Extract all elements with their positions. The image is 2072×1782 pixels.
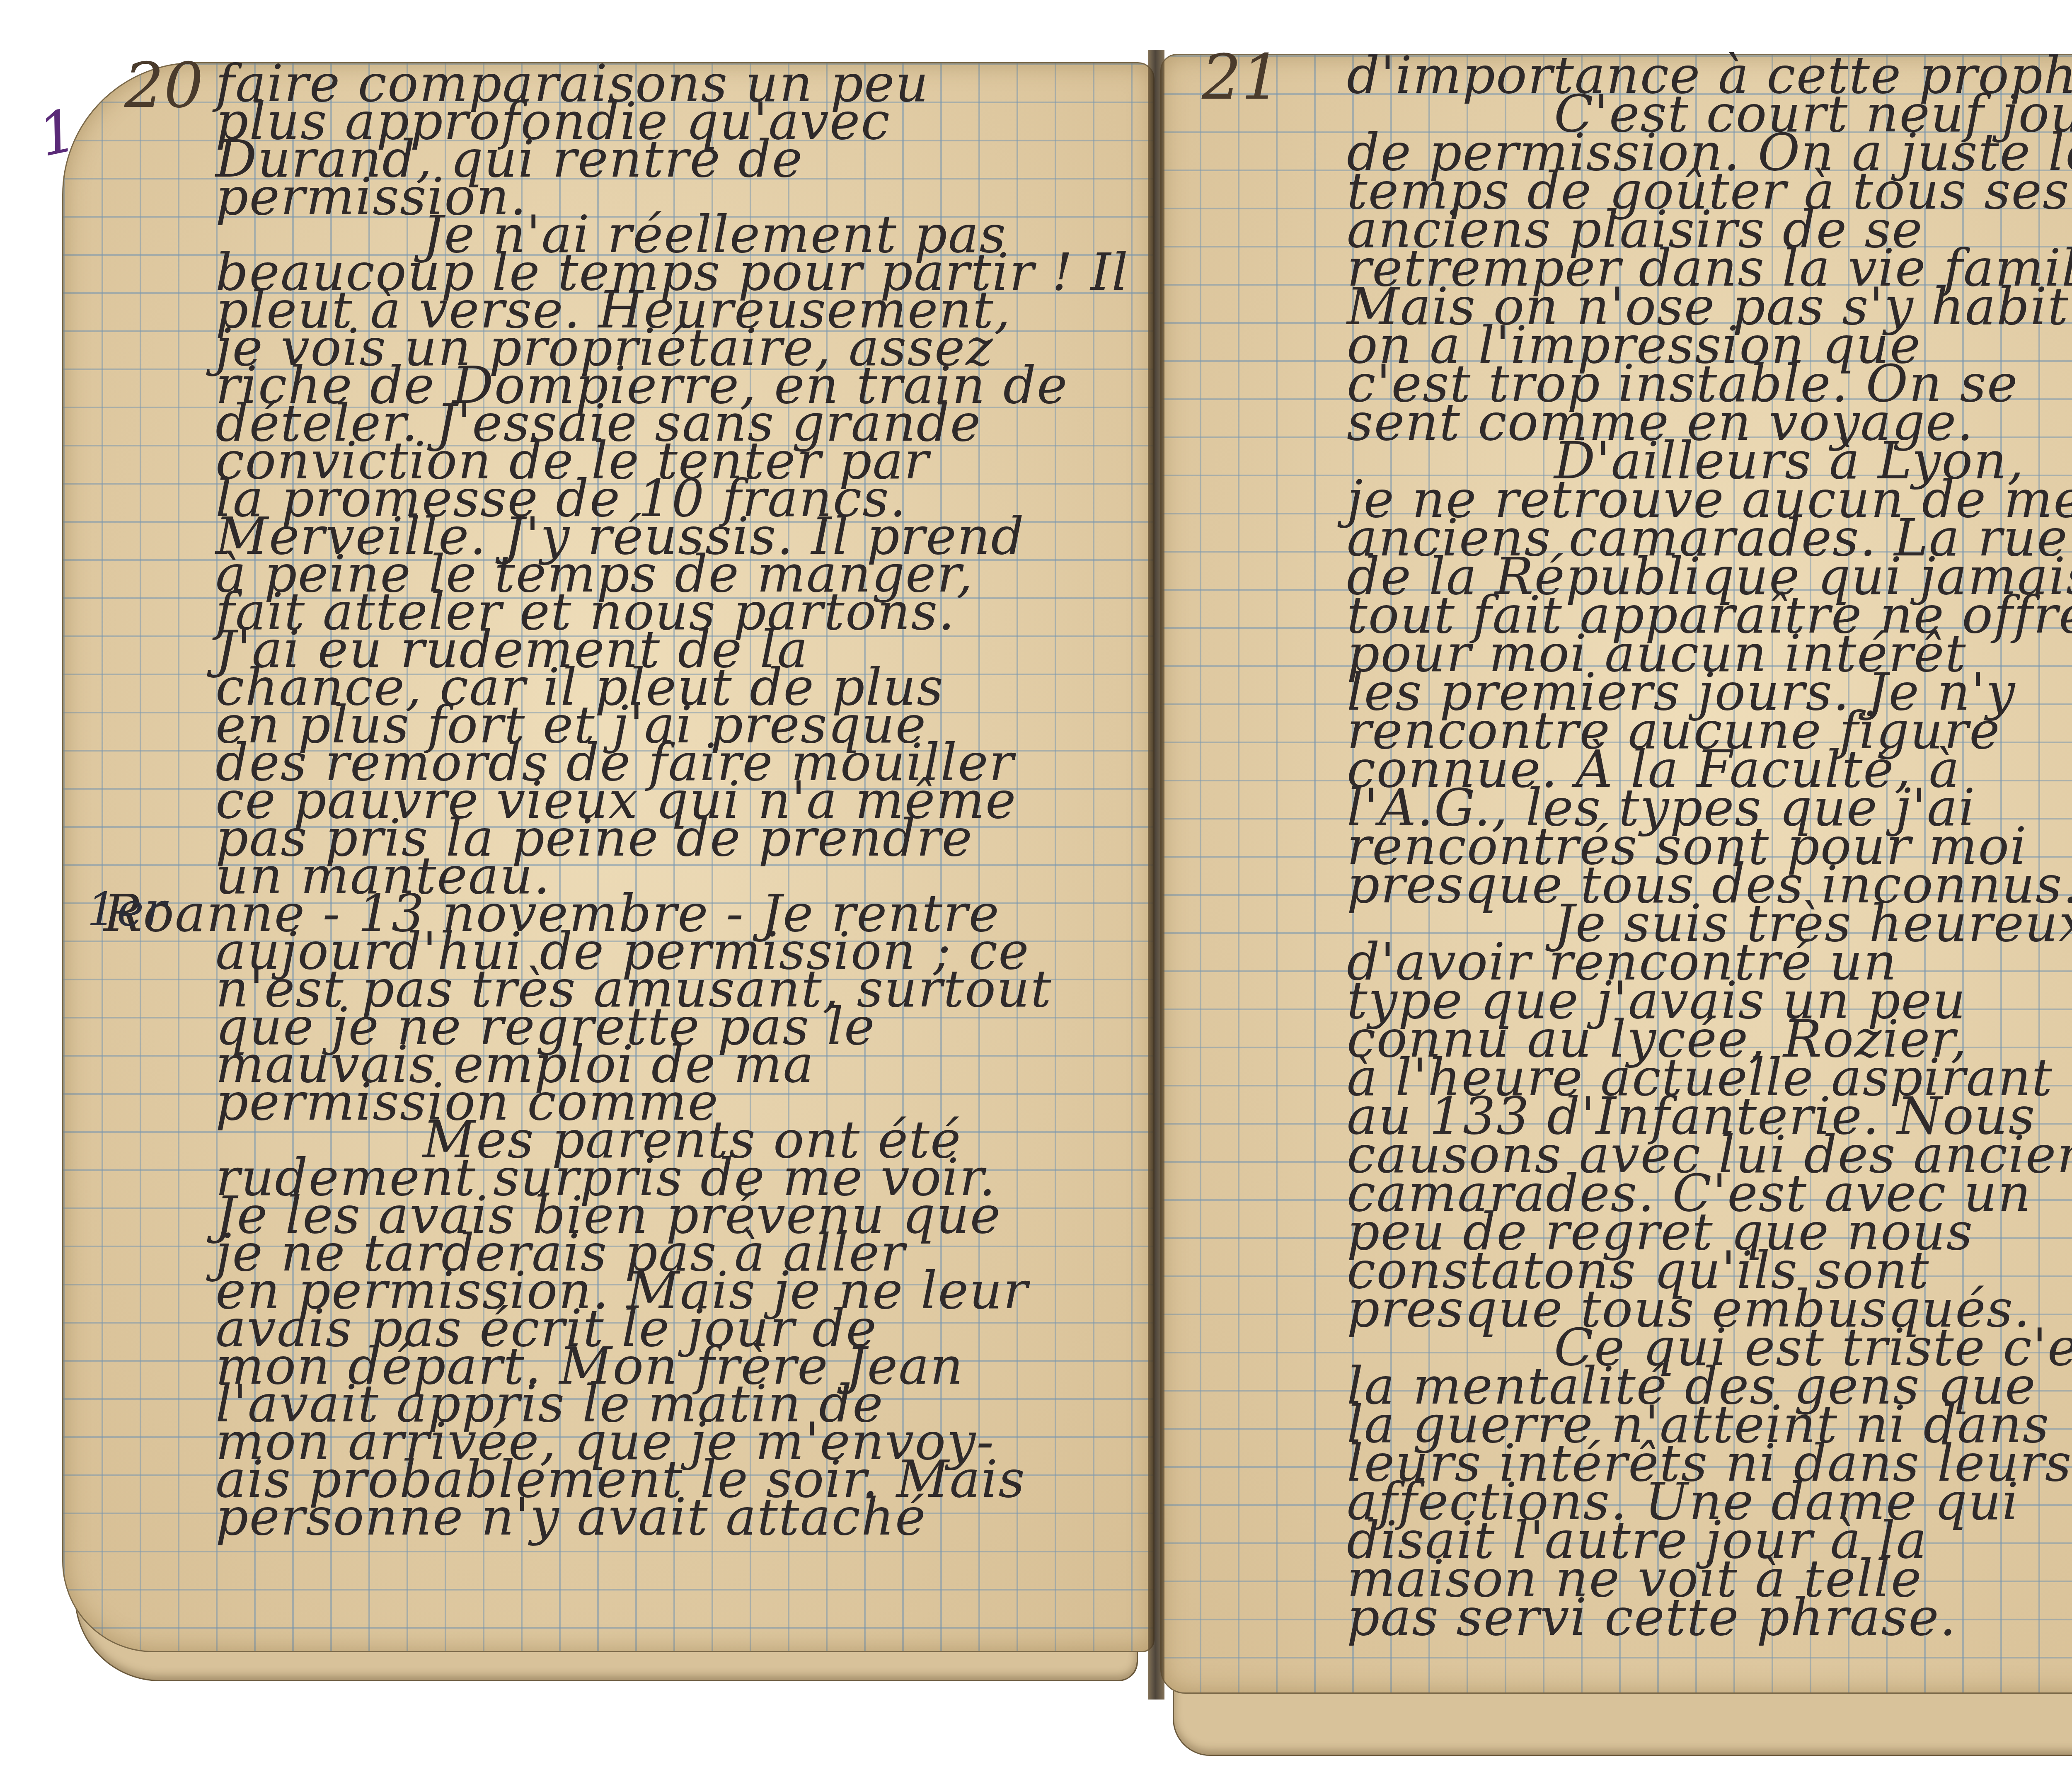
notebook-spine xyxy=(1148,50,1164,1700)
handwritten-line: personne n'y avait attaché xyxy=(215,1487,926,1547)
page-number-right: 21 xyxy=(1202,41,1281,114)
margin-mark: 1 xyxy=(33,97,83,170)
page-number-left: 20 xyxy=(124,50,203,122)
handwritten-line: pas servi cette phrase. xyxy=(1347,1588,1957,1647)
date-annotation: 1er xyxy=(87,883,167,936)
